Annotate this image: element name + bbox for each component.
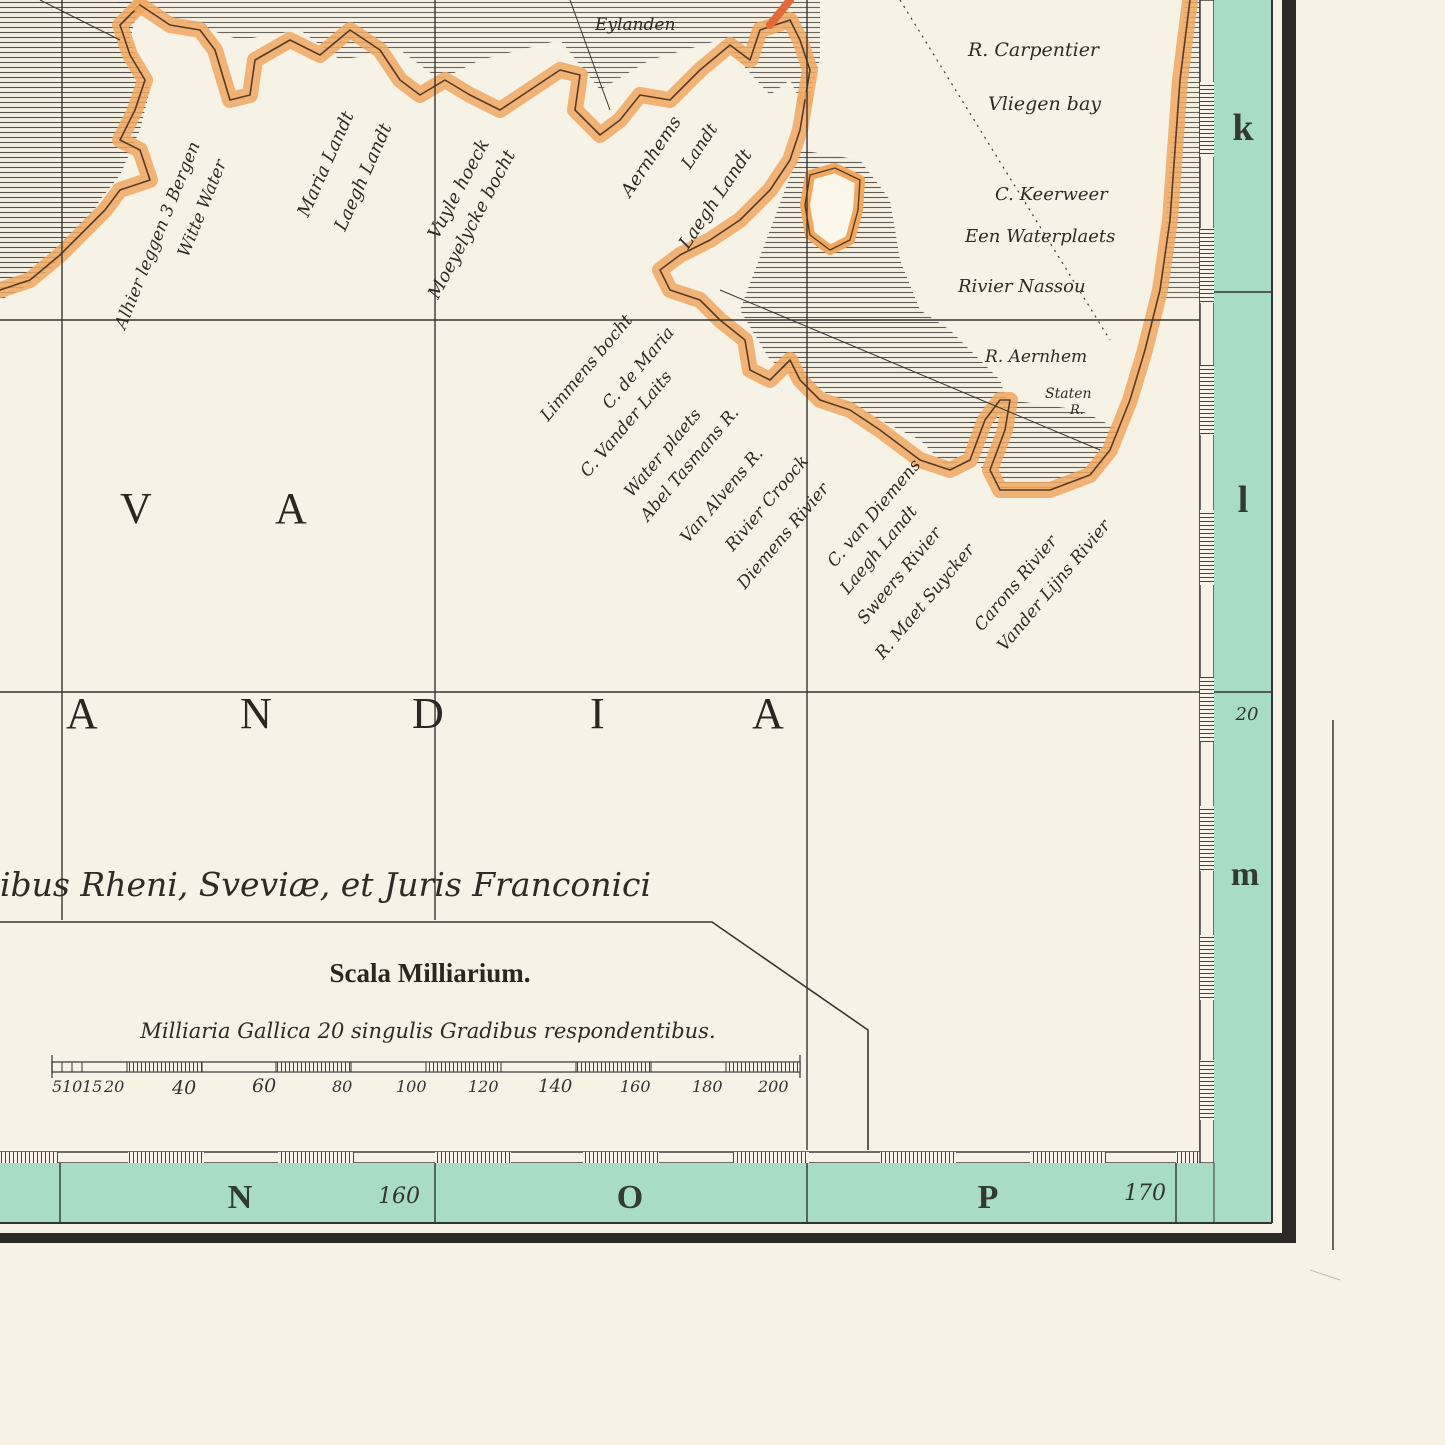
label-r-aernhem: R. Aernhem (984, 347, 1087, 367)
text-label: 10 (62, 1077, 82, 1096)
text-label: 40 (171, 1077, 196, 1099)
text-label: 5 (52, 1077, 62, 1096)
label-staten: Staten (1045, 386, 1092, 402)
border-degree-160: 160 (378, 1184, 420, 1209)
border-graduation-right (1200, 0, 1214, 1163)
label-waterplaets: Een Waterplaets (964, 226, 1115, 247)
text-label: 80 (332, 1077, 352, 1096)
region-letter: N (240, 689, 272, 738)
border-letter-k: k (1232, 107, 1254, 149)
border-degree-170: 170 (1124, 1181, 1166, 1206)
border-graduation-bottom (0, 1152, 1212, 1163)
dedication-text: ibus Rheni, Sveviæ, et Juris Franconici (0, 865, 651, 904)
text-label: 15 (82, 1077, 102, 1096)
text-label: 100 (396, 1077, 427, 1096)
text-label: 160 (620, 1077, 651, 1096)
border-letter-m: m (1231, 856, 1259, 893)
text-label: 60 (252, 1075, 276, 1097)
region-letter: V (120, 484, 152, 533)
label-vliegen-bay: Vliegen bay (988, 93, 1101, 115)
map-canvas: Eylanden R. Carpentier Vliegen bay C. Ke… (0, 0, 1445, 1445)
text-label: 200 (757, 1077, 789, 1096)
scale-title: Scala Milliarium. (330, 958, 531, 988)
label-r-carpentier: R. Carpentier (967, 39, 1101, 61)
border-letter-o: O (617, 1179, 643, 1216)
region-letter: D (412, 689, 444, 738)
scale-subtitle: Milliaria Gallica 20 singulis Gradibus r… (139, 1019, 715, 1043)
text-label: 20 (103, 1077, 124, 1096)
label-eylanden: Eylanden (594, 15, 675, 35)
border-letter-p: P (978, 1179, 999, 1216)
border-degree-20: 20 (1235, 704, 1259, 725)
text-label: 180 (692, 1077, 723, 1096)
region-letter: A (66, 689, 98, 738)
region-letter: A (275, 484, 307, 533)
label-staten-r: R. (1069, 403, 1084, 418)
region-letter: A (752, 689, 784, 738)
text-label: 140 (538, 1076, 572, 1097)
border-letter-n: N (228, 1179, 253, 1216)
label-c-keerweer: C. Keerweer (995, 184, 1109, 205)
text-label: 120 (468, 1077, 499, 1096)
region-letter: I (590, 689, 605, 738)
label-rivier-nassou: Rivier Nassou (957, 276, 1086, 297)
border-letter-l: l (1238, 479, 1249, 521)
